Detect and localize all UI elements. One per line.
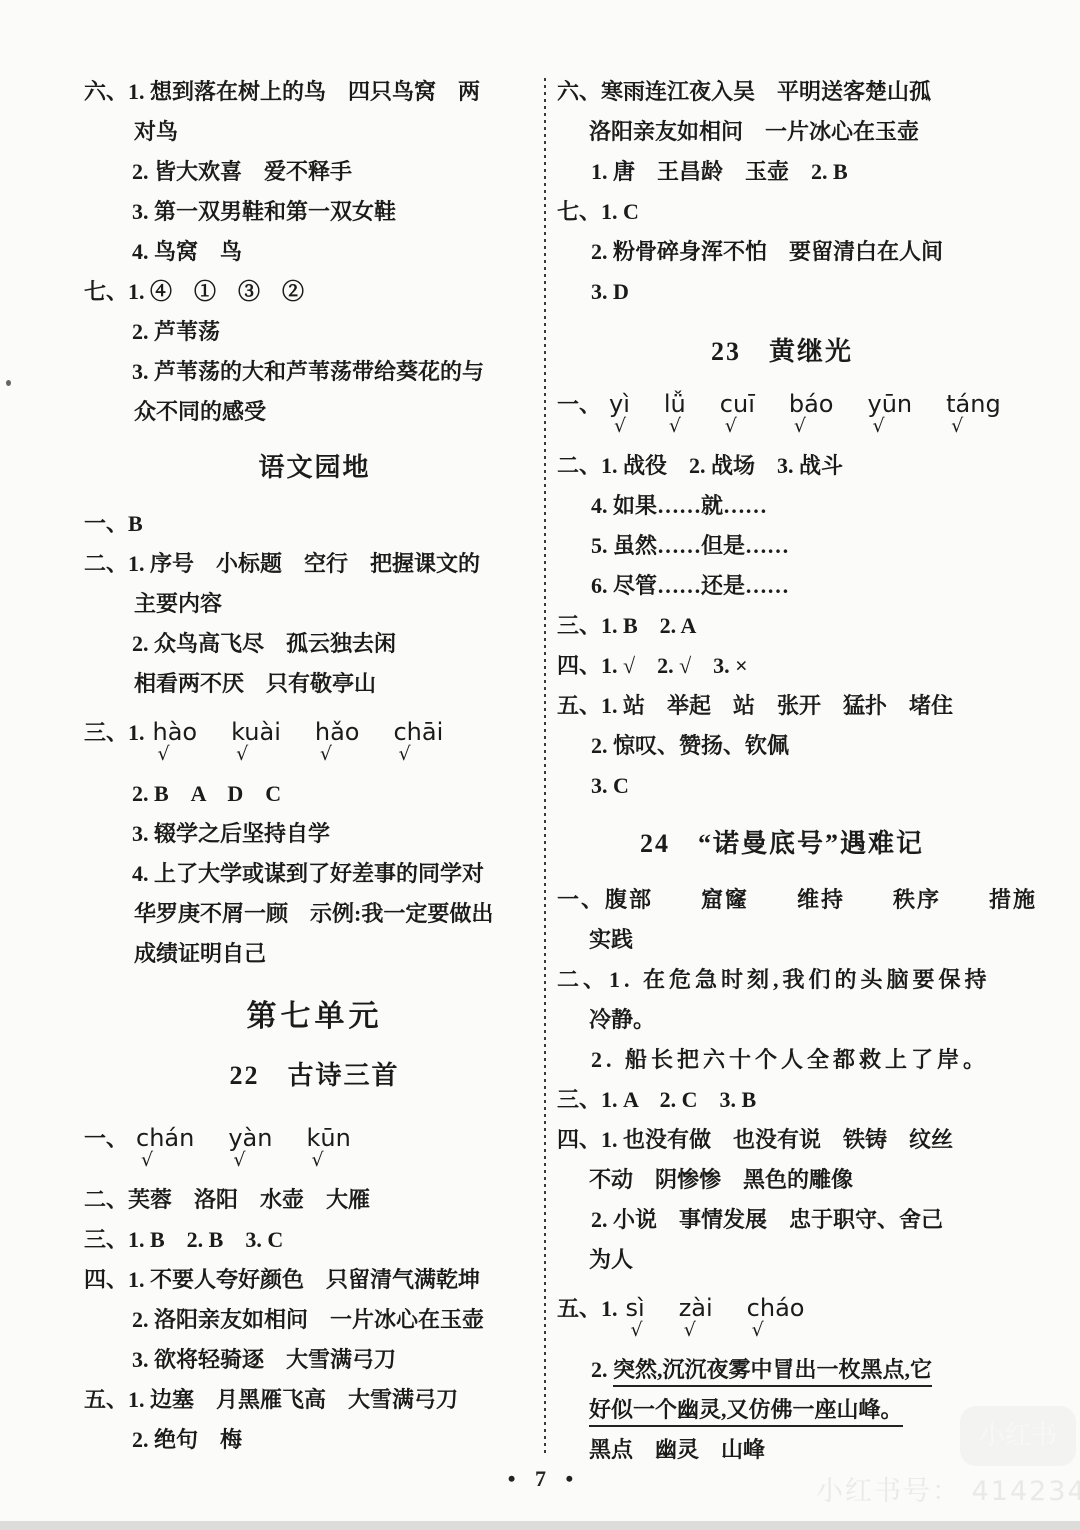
pinyin-text: kuài bbox=[231, 718, 281, 746]
answer-line: 六、寒雨连江夜入吴 平明送客楚山孤 bbox=[557, 72, 1059, 112]
answer-line: 2. 小说 事情发展 忠于职守、舍己 bbox=[557, 1200, 1059, 1240]
pinyin-text: zài bbox=[679, 1294, 713, 1322]
line-text: 七、1. C bbox=[557, 199, 639, 224]
line-text: 2. 粉骨碎身浑不怕 要留清白在人间 bbox=[591, 239, 943, 264]
answer-line: 4. 上了大学或谋到了好差事的同学对 bbox=[84, 854, 545, 894]
answer-label: 三、1. bbox=[84, 718, 145, 748]
check-icon: √ bbox=[684, 1322, 713, 1338]
answer-line: 3. 欲将轻骑逐 大雪满弓刀 bbox=[84, 1340, 545, 1380]
answers-left-column: 六、1. 想到落在树上的鸟 四只鸟窝 两对鸟2. 皆大欢喜 爱不释手3. 第一双… bbox=[84, 72, 545, 1460]
line-text: 5. 虽然……但是…… bbox=[591, 533, 789, 558]
answer-line: 相看两不厌 只有敬亭山 bbox=[84, 664, 545, 704]
line-text: 3. C bbox=[591, 773, 629, 798]
pinyin-word: kuài√ bbox=[231, 718, 281, 762]
line-text: 六、寒雨连江夜入吴 平明送客楚山孤 bbox=[557, 79, 931, 104]
answer-line: 6. 尽管……还是…… bbox=[557, 566, 1059, 606]
line-text: 6. 尽管……还是…… bbox=[591, 573, 789, 598]
line-text: 华罗庚不屑一顾 示例:我一定要做出 bbox=[134, 901, 493, 926]
answer-line: 一、B bbox=[84, 504, 545, 544]
check-icon: √ bbox=[236, 746, 281, 762]
answer-line: 华罗庚不屑一顾 示例:我一定要做出 bbox=[84, 894, 545, 934]
check-icon: √ bbox=[311, 1152, 350, 1168]
pinyin-text: chāi bbox=[393, 718, 443, 746]
check-icon: √ bbox=[158, 746, 198, 762]
answer-line: 众不同的感受 bbox=[84, 392, 545, 432]
page-number: • 7 • bbox=[0, 1466, 1080, 1492]
pinyin-word: báo√ bbox=[789, 390, 834, 434]
line-text: 五、1. 边塞 月黑雁飞高 大雪满弓刀 bbox=[84, 1387, 458, 1412]
answer-line: 洛阳亲友如相问 一片冰心在玉壶 bbox=[557, 112, 1059, 152]
answer-line: 3. C bbox=[557, 766, 1059, 806]
watermark-blob: 小红书 bbox=[960, 1406, 1076, 1466]
answer-line: 成绩证明自己 bbox=[84, 934, 545, 974]
answer-line: 2. 皆大欢喜 爱不释手 bbox=[84, 152, 545, 192]
pinyin-word: táng√ bbox=[946, 390, 1001, 434]
pinyin-text: báo bbox=[789, 390, 834, 418]
line-text: 不动 阴惨惨 黑色的雕像 bbox=[589, 1167, 853, 1192]
answer-line: 三、1. B 2. A bbox=[557, 606, 1059, 646]
pinyin-text: sì bbox=[626, 1294, 645, 1322]
section-heading: 语文园地 bbox=[84, 446, 545, 490]
answer-line: 3. D bbox=[557, 272, 1059, 312]
line-text: 23 黄继光 bbox=[711, 337, 853, 366]
answer-line: 2. 绝句 梅 bbox=[84, 1420, 545, 1460]
pinyin-text: yūn bbox=[867, 390, 912, 418]
pinyin-word: sì√ bbox=[626, 1294, 645, 1338]
check-icon: √ bbox=[752, 1322, 805, 1338]
answer-line: 2. 船长把六十个人全都救上了岸。 bbox=[557, 1040, 1059, 1080]
line-text: 二、1. 战役 2. 战场 3. 战斗 bbox=[557, 453, 843, 478]
line-text: 对鸟 bbox=[134, 119, 178, 144]
answer-line: 2. B A D C bbox=[84, 774, 545, 814]
answer-key-page: 六、1. 想到落在树上的鸟 四只鸟窝 两对鸟2. 皆大欢喜 爱不释手3. 第一双… bbox=[0, 0, 1080, 1530]
line-text: 二、1. 在危急时刻,我们的头脑要保持 bbox=[557, 967, 991, 992]
line-text: 主要内容 bbox=[134, 591, 222, 616]
line-text: 3. 辍学之后坚持自学 bbox=[132, 821, 330, 846]
line-text: 2. 皆大欢喜 爱不释手 bbox=[132, 159, 352, 184]
line-text: 七、1. ④ ① ③ ② bbox=[84, 279, 304, 304]
answer-line: 四、1. √ 2. √ 3. × bbox=[557, 646, 1059, 686]
answer-line: 七、1. C bbox=[557, 192, 1059, 232]
line-text: 3. 欲将轻骑逐 大雪满弓刀 bbox=[132, 1347, 396, 1372]
line-text: 相看两不厌 只有敬亭山 bbox=[134, 671, 376, 696]
answer-line: 二、芙蓉 洛阳 水壶 大雁 bbox=[84, 1180, 545, 1220]
answer-line: 三、1. A 2. C 3. B bbox=[557, 1080, 1059, 1120]
pinyin-text: kūn bbox=[306, 1124, 350, 1152]
pinyin-word: hào√ bbox=[153, 718, 198, 762]
pinyin-word: cuī√ bbox=[720, 390, 755, 434]
pinyin-word: yūn√ bbox=[867, 390, 912, 434]
underlined-text: 好似一个幽灵,又仿佛一座山峰。 bbox=[589, 1397, 903, 1427]
answer-line: 2. 芦苇荡 bbox=[84, 312, 545, 352]
answer-line: 4. 鸟窝 鸟 bbox=[84, 232, 545, 272]
section-heading: 23 黄继光 bbox=[557, 330, 1059, 374]
line-text: 实践 bbox=[589, 927, 633, 952]
answer-line: 对鸟 bbox=[84, 112, 545, 152]
line-text: 2. B A D C bbox=[132, 781, 281, 806]
pinyin-text: cháo bbox=[747, 1294, 805, 1322]
line-text: 洛阳亲友如相问 一片冰心在玉壶 bbox=[589, 119, 919, 144]
check-icon: √ bbox=[614, 418, 630, 434]
check-icon: √ bbox=[141, 1152, 194, 1168]
line-text: 3. 第一双男鞋和第一双女鞋 bbox=[132, 199, 396, 224]
answer-line: 3. 辍学之后坚持自学 bbox=[84, 814, 545, 854]
line-text: 三、1. A 2. C 3. B bbox=[557, 1087, 756, 1112]
answer-line: 2. 突然,沉沉夜雾中冒出一枚黑点,它 bbox=[557, 1350, 1059, 1390]
pinyin-line: 一、chán√yàn√kūn√ bbox=[84, 1124, 545, 1180]
answer-line: 五、1. 边塞 月黑雁飞高 大雪满弓刀 bbox=[84, 1380, 545, 1420]
answer-line: 二、1. 在危急时刻,我们的头脑要保持 bbox=[557, 960, 1059, 1000]
line-text: 2. 众鸟高飞尽 孤云独去闲 bbox=[132, 631, 396, 656]
answer-line: 5. 虽然……但是…… bbox=[557, 526, 1059, 566]
line-text: 三、1. B 2. B 3. C bbox=[84, 1227, 283, 1252]
section-heading: 24 “诺曼底号”遇难记 bbox=[557, 822, 1059, 866]
pinyin-word: yì√ bbox=[609, 390, 630, 434]
pinyin-text: chán bbox=[136, 1124, 194, 1152]
check-icon: √ bbox=[794, 418, 834, 434]
pinyin-word: zài√ bbox=[679, 1294, 713, 1338]
pinyin-word: chán√ bbox=[136, 1124, 194, 1168]
answer-line: 3. 第一双男鞋和第一双女鞋 bbox=[84, 192, 545, 232]
line-text: 24 “诺曼底号”遇难记 bbox=[640, 829, 924, 858]
line-text: 四、1. 不要人夸好颜色 只留清气满乾坤 bbox=[84, 1267, 480, 1292]
line-text: 为人 bbox=[589, 1247, 633, 1272]
answer-line: 不动 阴惨惨 黑色的雕像 bbox=[557, 1160, 1059, 1200]
check-icon: √ bbox=[872, 418, 912, 434]
pinyin-word: lǚ√ bbox=[664, 390, 686, 434]
line-text: 2. 小说 事情发展 忠于职守、舍己 bbox=[591, 1207, 943, 1232]
answer-line: 1. 唐 王昌龄 玉壶 2. B bbox=[557, 152, 1059, 192]
pinyin-line: 三、1.hào√kuài√hǎo√chāi√ bbox=[84, 718, 545, 774]
line-text: 4. 上了大学或谋到了好差事的同学对 bbox=[132, 861, 484, 886]
line-text: 六、1. 想到落在树上的鸟 四只鸟窝 两 bbox=[84, 79, 480, 104]
check-icon: √ bbox=[725, 418, 755, 434]
line-text: 22 古诗三首 bbox=[229, 1061, 399, 1090]
pinyin-text: hào bbox=[153, 718, 198, 746]
underlined-text: 突然,沉沉夜雾中冒出一枚黑点,它 bbox=[613, 1357, 932, 1387]
answer-line: 五、1. 站 举起 站 张开 猛扑 堵住 bbox=[557, 686, 1059, 726]
section-heading: 22 古诗三首 bbox=[84, 1054, 545, 1098]
check-icon: √ bbox=[398, 746, 443, 762]
line-text: 3. 芦苇荡的大和芦苇荡带给葵花的与 bbox=[132, 359, 484, 384]
answer-line: 二、1. 战役 2. 战场 3. 战斗 bbox=[557, 446, 1059, 486]
line-text: 一、腹部 窟窿 维持 秩序 措施 bbox=[557, 887, 1037, 912]
answer-line: 四、1. 也没有做 也没有说 铁铸 纹丝 bbox=[557, 1120, 1059, 1160]
line-text: 黑点 幽灵 山峰 bbox=[589, 1437, 765, 1462]
line-text: 第七单元 bbox=[247, 1000, 383, 1033]
line-text: 语文园地 bbox=[258, 453, 370, 482]
line-text: 四、1. 也没有做 也没有说 铁铸 纹丝 bbox=[557, 1127, 953, 1152]
answer-line: 2. 洛阳亲友如相问 一片冰心在玉壶 bbox=[84, 1300, 545, 1340]
pinyin-word: chāi√ bbox=[393, 718, 443, 762]
answer-line: 二、1. 序号 小标题 空行 把握课文的 bbox=[84, 544, 545, 584]
check-icon: √ bbox=[320, 746, 360, 762]
answer-line: 六、1. 想到落在树上的鸟 四只鸟窝 两 bbox=[84, 72, 545, 112]
answer-line: 七、1. ④ ① ③ ② bbox=[84, 272, 545, 312]
answer-label: 一、 bbox=[557, 390, 601, 420]
check-icon: √ bbox=[233, 1152, 272, 1168]
page-bottom-edge bbox=[0, 1521, 1080, 1530]
line-text: 二、芙蓉 洛阳 水壶 大雁 bbox=[84, 1187, 370, 1212]
line-text: 2. 芦苇荡 bbox=[132, 319, 220, 344]
pinyin-word: cháo√ bbox=[747, 1294, 805, 1338]
line-text: 二、1. 序号 小标题 空行 把握课文的 bbox=[84, 551, 480, 576]
answer-line: 4. 如果……就…… bbox=[557, 486, 1059, 526]
line-text: 一、B bbox=[84, 511, 143, 536]
pinyin-word: hǎo√ bbox=[315, 718, 360, 762]
pinyin-text: lǚ bbox=[664, 390, 686, 418]
pinyin-text: táng bbox=[946, 390, 1001, 418]
answer-line: 为人 bbox=[557, 1240, 1059, 1280]
line-text: 四、1. √ 2. √ 3. × bbox=[557, 653, 748, 678]
answer-line: 2. 惊叹、赞扬、钦佩 bbox=[557, 726, 1059, 766]
line-text: 3. D bbox=[591, 279, 629, 304]
line-text: 众不同的感受 bbox=[134, 399, 266, 424]
line-text: 4. 如果……就…… bbox=[591, 493, 767, 518]
pinyin-word: yàn√ bbox=[228, 1124, 272, 1168]
line-text: 2. 绝句 梅 bbox=[132, 1427, 242, 1452]
line-text: 2. 惊叹、赞扬、钦佩 bbox=[591, 733, 789, 758]
check-icon: √ bbox=[631, 1322, 645, 1338]
answer-line: 冷静。 bbox=[557, 1000, 1059, 1040]
pinyin-line: 五、1.sì√zài√cháo√ bbox=[557, 1294, 1059, 1350]
answer-line: 2. 众鸟高飞尽 孤云独去闲 bbox=[84, 624, 545, 664]
answer-line: 主要内容 bbox=[84, 584, 545, 624]
answer-line: 2. 粉骨碎身浑不怕 要留清白在人间 bbox=[557, 232, 1059, 272]
pinyin-text: yì bbox=[609, 390, 630, 418]
line-text: 2. bbox=[591, 1357, 613, 1382]
line-text: 五、1. 站 举起 站 张开 猛扑 堵住 bbox=[557, 693, 953, 718]
answers-right-column: 六、寒雨连江夜入吴 平明送客楚山孤洛阳亲友如相问 一片冰心在玉壶1. 唐 王昌龄… bbox=[557, 72, 1059, 1470]
check-icon: √ bbox=[951, 418, 1001, 434]
unit-heading: 第七单元 bbox=[84, 994, 545, 1040]
answer-line: 三、1. B 2. B 3. C bbox=[84, 1220, 545, 1260]
answer-label: 五、1. bbox=[557, 1294, 618, 1324]
line-text: 成绩证明自己 bbox=[134, 941, 266, 966]
line-text: 冷静。 bbox=[589, 1007, 655, 1032]
pinyin-text: hǎo bbox=[315, 718, 360, 746]
pinyin-text: yàn bbox=[228, 1124, 272, 1152]
answer-line: 3. 芦苇荡的大和芦苇荡带给葵花的与 bbox=[84, 352, 545, 392]
check-icon: √ bbox=[669, 418, 686, 434]
line-text: 4. 鸟窝 鸟 bbox=[132, 239, 242, 264]
line-text: 三、1. B 2. A bbox=[557, 613, 696, 638]
line-text: 2. 船长把六十个人全都救上了岸。 bbox=[591, 1047, 989, 1072]
pinyin-line: 一、yì√lǚ√cuī√báo√yūn√táng√ bbox=[557, 390, 1059, 446]
line-text: 1. 唐 王昌龄 玉壶 2. B bbox=[591, 159, 848, 184]
answer-line: 四、1. 不要人夸好颜色 只留清气满乾坤 bbox=[84, 1260, 545, 1300]
pinyin-word: kūn√ bbox=[306, 1124, 350, 1168]
scan-artifact-dot bbox=[6, 380, 11, 386]
answer-line: 一、腹部 窟窿 维持 秩序 措施 bbox=[557, 880, 1059, 920]
answer-line: 实践 bbox=[557, 920, 1059, 960]
line-text: 2. 洛阳亲友如相问 一片冰心在玉壶 bbox=[132, 1307, 484, 1332]
answer-label: 一、 bbox=[84, 1124, 128, 1154]
pinyin-text: cuī bbox=[720, 390, 755, 418]
